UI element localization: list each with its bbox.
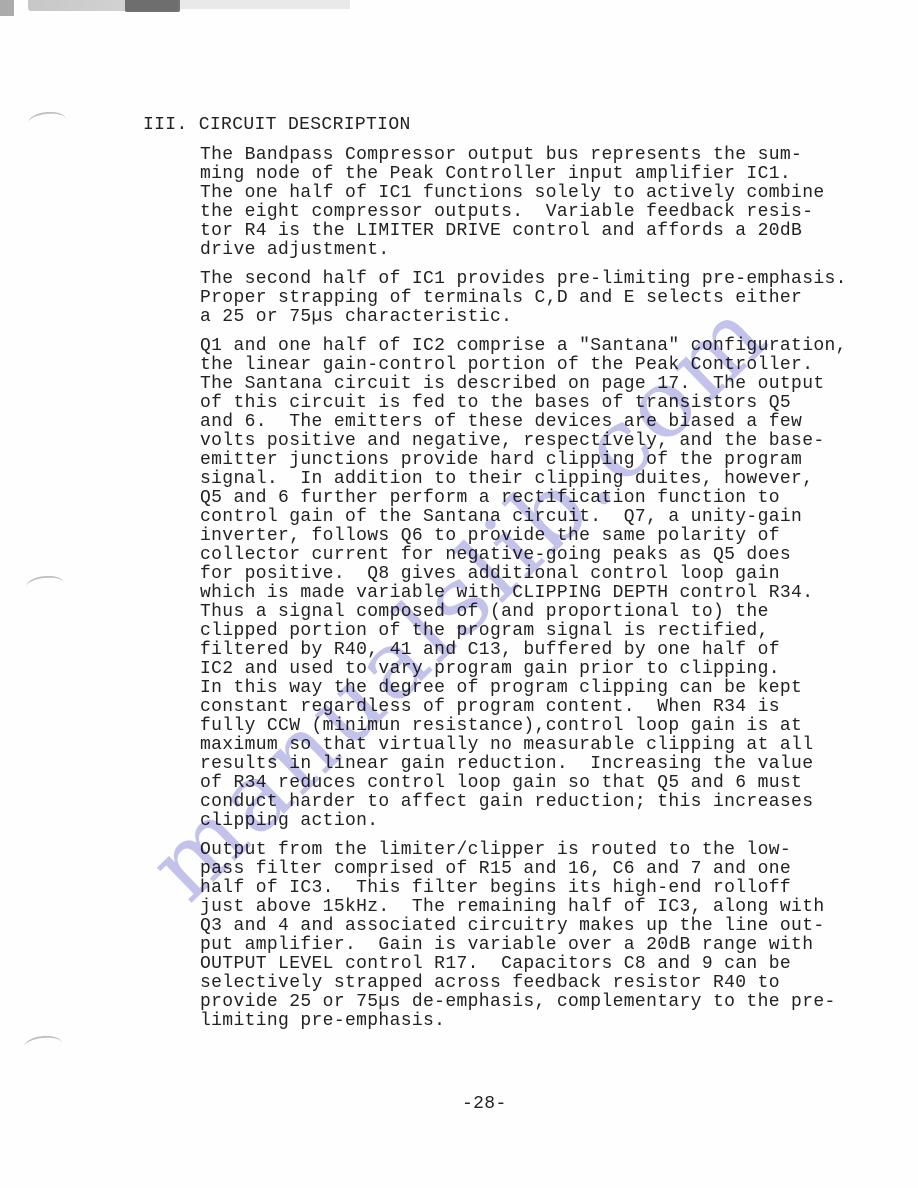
paragraph-4: Output from the limiter/clipper is route… — [143, 841, 883, 1031]
section-heading: III. CIRCUIT DESCRIPTION — [143, 116, 883, 135]
scan-artifact-top-bar — [28, 0, 178, 11]
document-body: III. CIRCUIT DESCRIPTION The Bandpass Co… — [143, 116, 883, 1041]
paragraph-3: Q1 and one half of IC2 comprise a "Santa… — [143, 337, 883, 831]
margin-arc-mark-top — [27, 110, 67, 132]
scan-artifact-top-left — [0, 0, 14, 16]
scan-artifact-top-tail — [180, 0, 350, 9]
margin-arc-mark-bottom — [23, 1034, 63, 1056]
margin-arc-mark-middle — [25, 574, 65, 596]
paragraph-2: The second half of IC1 provides pre-limi… — [143, 270, 883, 327]
scan-artifact-top-bar-dark — [125, 0, 180, 12]
page-number: -28- — [462, 1094, 507, 1114]
scanned-manual-page: III. CIRCUIT DESCRIPTION The Bandpass Co… — [0, 0, 918, 1188]
paragraph-1: The Bandpass Compressor output bus repre… — [143, 146, 883, 260]
